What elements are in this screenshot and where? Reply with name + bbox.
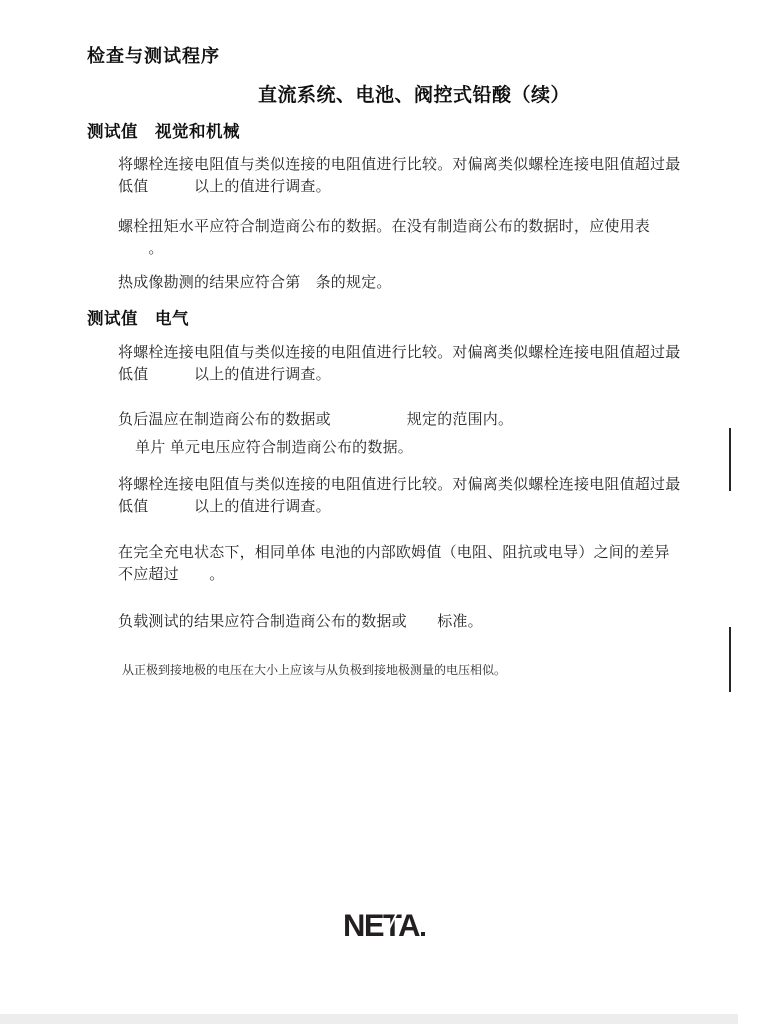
footnote-text: 从正极到接地极的电压在大小上应该与从负极到接地极测量的电压相似。 [122,662,682,678]
page-bottom-strip [0,1014,738,1024]
paragraph: 螺栓扭矩水平应符合制造商公布的数据。在没有制造商公布的数据时，应使用表 。 [118,216,708,260]
neta-logo-period [421,932,425,936]
revision-change-bar [729,627,731,692]
paragraph: 在完全充电状态下，相同单体 电池的内部欧姆值（电阻、阻抗或电导）之间的差异 不应… [118,542,708,586]
paragraph: 单片 单元电压应符合制造商公布的数据。 [135,437,725,459]
neta-logo: NETA [343,908,425,944]
paragraph: 负后温应在制造商公布的数据或 规定的范围内。 [118,409,708,431]
document-title: 检查与测试程序 [87,42,220,68]
neta-logo-text: NETA [343,908,419,945]
paragraph: 将螺栓连接电阻值与类似连接的电阻值进行比较。对偏离类似螺栓连接电阻值超过最 低值… [118,154,708,198]
section-heading-electrical: 测试值 电气 [87,305,189,329]
footer-logo-area: NETA [0,908,768,944]
paragraph: 热成像勘测的结果应符合第 条的规定。 [118,272,708,294]
paragraph: 将螺栓连接电阻值与类似连接的电阻值进行比较。对偏离类似螺栓连接电阻值超过最 低值… [118,474,708,518]
paragraph: 将螺栓连接电阻值与类似连接的电阻值进行比较。对偏离类似螺栓连接电阻值超过最 低值… [118,342,708,386]
revision-change-bar [729,428,731,491]
section-heading-visual-mechanical: 测试值 视觉和机械 [87,118,240,142]
document-subtitle: 直流系统、电池、阀控式铅酸（续） [90,80,738,107]
document-page: 检查与测试程序 直流系统、电池、阀控式铅酸（续） 测试值 视觉和机械 将螺栓连接… [0,0,768,1024]
paragraph: 负载测试的结果应符合制造商公布的数据或 标准。 [118,611,708,633]
